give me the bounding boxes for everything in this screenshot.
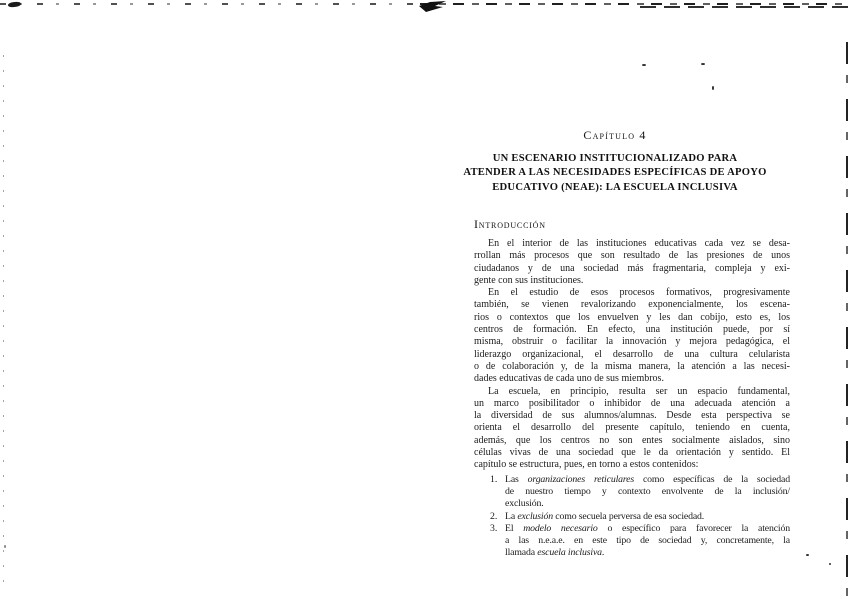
list-text: llamada	[505, 547, 537, 558]
list-number: 2.	[490, 511, 505, 523]
text-line: rrollan más procesos que son resultado d…	[474, 250, 790, 262]
text-line: En el estudio de esos procesos formativo…	[474, 287, 790, 299]
italic-term: exclusión	[517, 511, 553, 522]
list-item-3: 3.El modelo necesario o específico para …	[505, 523, 790, 560]
paragraph-1: En el interior de las instituciones educ…	[474, 238, 790, 287]
text-line: En el interior de las instituciones educ…	[474, 238, 790, 250]
scan-speck	[712, 86, 714, 90]
text-line: capítulo se estructura, pues, en torno a…	[474, 459, 790, 471]
scan-speck	[642, 64, 646, 66]
scan-dot-line-left-edge	[3, 55, 4, 590]
text-line: rios o contextos que los envuelven y les…	[474, 312, 790, 324]
text-line: también, se vienen revalorizando exponen…	[474, 299, 790, 311]
text-line: de nuestro tiempo y contexto envolvente …	[505, 486, 790, 498]
text-line: gente con sus instituciones.	[474, 275, 790, 287]
chapter-title-line: EDUCATIVO (NEAE): LA ESCUELA INCLUSIVA	[440, 181, 790, 195]
scanned-page: Capítulo 4 UN ESCENARIO INSTITUCIONALIZA…	[0, 0, 848, 600]
text-line: liderazgo organizacional, el desarrollo …	[474, 349, 790, 361]
text-line: 1.Las organizaciones reticulares como es…	[505, 474, 790, 486]
text-line: la diversidad de sus alumnos/alumnas. De…	[474, 410, 790, 422]
list-number: 3.	[490, 523, 505, 535]
scan-dash-line-top-left	[0, 3, 420, 5]
text-line: células vivas de una sociedad que le da …	[474, 447, 790, 459]
text-line: centros de formación. En efecto, una ins…	[474, 324, 790, 336]
list-item-1: 1.Las organizaciones reticulares como es…	[505, 474, 790, 511]
scan-speck	[701, 63, 705, 65]
list-text: La	[505, 511, 517, 522]
text-line: misma, obstruir o facilitar la innovació…	[474, 336, 790, 348]
text-line: exclusión.	[505, 498, 790, 510]
body-text-column: En el interior de las instituciones educ…	[474, 238, 790, 560]
text-line: 3.El modelo necesario o específico para …	[505, 523, 790, 535]
text-line: dades educativas de cada uno de sus miem…	[474, 373, 790, 385]
section-heading-introduction: Introducción	[474, 217, 546, 232]
list-text: Las	[505, 474, 528, 485]
list-text: como secuela perversa de esa sociedad.	[553, 511, 704, 522]
italic-term: organizaciones reticulares	[528, 474, 634, 485]
chapter-title: UN ESCENARIO INSTITUCIONALIZADO PARA ATE…	[440, 152, 790, 195]
scan-speck	[806, 554, 809, 556]
text-line: 2.La exclusión como secuela perversa de …	[505, 511, 790, 523]
text-line: llamada escuela inclusiva.	[505, 547, 790, 559]
text-line: a las n.e.a.e. en este tipo de sociedad …	[505, 535, 790, 547]
paragraph-2: En el estudio de esos procesos formativo…	[474, 287, 790, 385]
scan-dash-line-top-right	[420, 3, 848, 5]
text-line: orienta el desarrollo del presente capít…	[474, 422, 790, 434]
list-item-2: 2.La exclusión como secuela perversa de …	[505, 511, 790, 523]
text-line: un marco posibilitador o inhibidor de un…	[474, 398, 790, 410]
chapter-label: Capítulo 4	[440, 128, 790, 143]
text-line: o de colaboración y, de la misma manera,…	[474, 361, 790, 373]
italic-term: modelo necesario	[523, 523, 597, 534]
italic-term: escuela inclusiva	[537, 547, 602, 558]
list-text: como específicas de la sociedad	[634, 474, 790, 485]
paragraph-3: La escuela, en principio, resulta ser un…	[474, 386, 790, 472]
list-text: o específico para favorecer la atención	[598, 523, 790, 534]
scan-blob-top-left	[8, 1, 22, 8]
text-line: además, que los centros no son entes soc…	[474, 435, 790, 447]
chapter-title-line: ATENDER A LAS NECESIDADES ESPECÍFICAS DE…	[440, 166, 790, 180]
scan-speck	[4, 545, 6, 548]
scan-speck	[829, 563, 831, 565]
list-text: El	[505, 523, 523, 534]
numbered-list: 1.Las organizaciones reticulares como es…	[474, 474, 790, 560]
chapter-title-line: UN ESCENARIO INSTITUCIONALIZADO PARA	[440, 152, 790, 166]
list-number: 1.	[490, 474, 505, 486]
scan-dash-line-top-right-lower	[640, 6, 848, 8]
text-line: La escuela, en principio, resulta ser un…	[474, 386, 790, 398]
scan-arrow-artifact	[419, 0, 449, 14]
text-line: ciudadanos y de una sociedad más fragmen…	[474, 263, 790, 275]
list-text: .	[602, 547, 604, 558]
